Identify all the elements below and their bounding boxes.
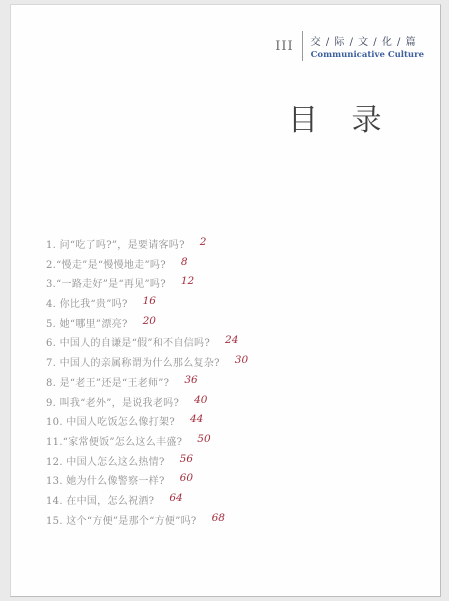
toc-entry: 5. 她“哪里”漂亮? 20 — [46, 315, 376, 335]
toc-entry-label: 5. 她“哪里”漂亮? — [46, 315, 128, 330]
section-title-block: 交 / 际 / 文 / 化 / 篇 Communicative Culture — [311, 33, 424, 60]
toc-entry-label: 10. 中国人吃饭怎么像打架? — [46, 413, 175, 428]
header-divider — [302, 31, 303, 61]
toc-entry: 3.“一路走好”是“再见”吗? 12 — [46, 275, 376, 295]
toc-entry: 7. 中国人的亲属称谓为什么那么复杂? 30 — [46, 354, 376, 374]
toc-entry: 9. 叫我“老外”，是说我老吗? 40 — [46, 394, 376, 414]
toc-entry-page-number: 30 — [235, 354, 248, 366]
toc-entry-page-number: 12 — [181, 275, 194, 287]
toc-entry: 10. 中国人吃饭怎么像打架? 44 — [46, 413, 376, 433]
section-title-chinese: 交 / 际 / 文 / 化 / 篇 — [311, 33, 424, 48]
section-number: III — [275, 39, 293, 54]
toc-entry: 13. 她为什么像警察一样? 60 — [46, 472, 376, 492]
toc-entry-label: 6. 中国人的自谦是“假”和不自信吗? — [46, 334, 210, 349]
toc-entry-page-number: 50 — [197, 433, 210, 445]
toc-entry-page-number: 64 — [169, 492, 182, 504]
toc-entry-page-number: 44 — [190, 413, 203, 425]
toc-entry-label: 7. 中国人的亲属称谓为什么那么复杂? — [46, 354, 220, 369]
toc-entry: 1. 问“吃了吗?”，是要请客吗? 2 — [46, 236, 376, 256]
toc-entry-page-number: 2 — [200, 236, 207, 248]
toc-entry: 12. 中国人怎么这么热情? 56 — [46, 453, 376, 473]
toc-entry-page-number: 56 — [180, 453, 193, 465]
toc-entry-label: 12. 中国人怎么这么热情? — [46, 453, 165, 468]
toc-entry-label: 2.“慢走”是“慢慢地走”吗? — [46, 256, 166, 271]
toc-entry: 14. 在中国，怎么祝酒? 64 — [46, 492, 376, 512]
toc-entry: 2.“慢走”是“慢慢地走”吗? 8 — [46, 256, 376, 276]
toc-entry-page-number: 60 — [180, 472, 193, 484]
toc-entry-page-number: 40 — [194, 394, 207, 406]
toc-entry: 6. 中国人的自谦是“假”和不自信吗? 24 — [46, 334, 376, 354]
toc-list: 1. 问“吃了吗?”，是要请客吗? 2 2.“慢走”是“慢慢地走”吗? 8 3.… — [46, 236, 376, 531]
toc-entry-page-number: 36 — [184, 374, 197, 386]
toc-entry-page-number: 68 — [212, 512, 225, 524]
toc-entry-label: 13. 她为什么像警察一样? — [46, 472, 165, 487]
toc-entry: 15. 这个“方便”是那个“方便”吗? 68 — [46, 512, 376, 532]
toc-entry-page-number: 20 — [143, 315, 156, 327]
book-page: III 交 / 际 / 文 / 化 / 篇 Communicative Cult… — [10, 4, 441, 597]
toc-entry-label: 9. 叫我“老外”，是说我老吗? — [46, 394, 179, 409]
page-title: 目 录 — [288, 95, 394, 139]
toc-entry: 11.“家常便饭”怎么这么丰盛? 50 — [46, 433, 376, 453]
toc-entry-label: 1. 问“吃了吗?”，是要请客吗? — [46, 236, 185, 251]
toc-entry-page-number: 8 — [181, 256, 188, 268]
toc-entry-label: 14. 在中国，怎么祝酒? — [46, 492, 154, 507]
section-header: III 交 / 际 / 文 / 化 / 篇 Communicative Cult… — [275, 31, 424, 61]
toc-entry-label: 8. 是“老王”还是“王老师”? — [46, 374, 169, 389]
toc-entry: 8. 是“老王”还是“王老师”? 36 — [46, 374, 376, 394]
toc-entry-page-number: 24 — [225, 334, 238, 346]
toc-entry-label: 3.“一路走好”是“再见”吗? — [46, 275, 166, 290]
toc-entry: 4. 你比我“贵”吗? 16 — [46, 295, 376, 315]
section-title-english: Communicative Culture — [311, 50, 424, 60]
toc-entry-page-number: 16 — [143, 295, 156, 307]
toc-entry-label: 4. 你比我“贵”吗? — [46, 295, 128, 310]
toc-entry-label: 11.“家常便饭”怎么这么丰盛? — [46, 433, 182, 448]
toc-entry-label: 15. 这个“方便”是那个“方便”吗? — [46, 512, 197, 527]
